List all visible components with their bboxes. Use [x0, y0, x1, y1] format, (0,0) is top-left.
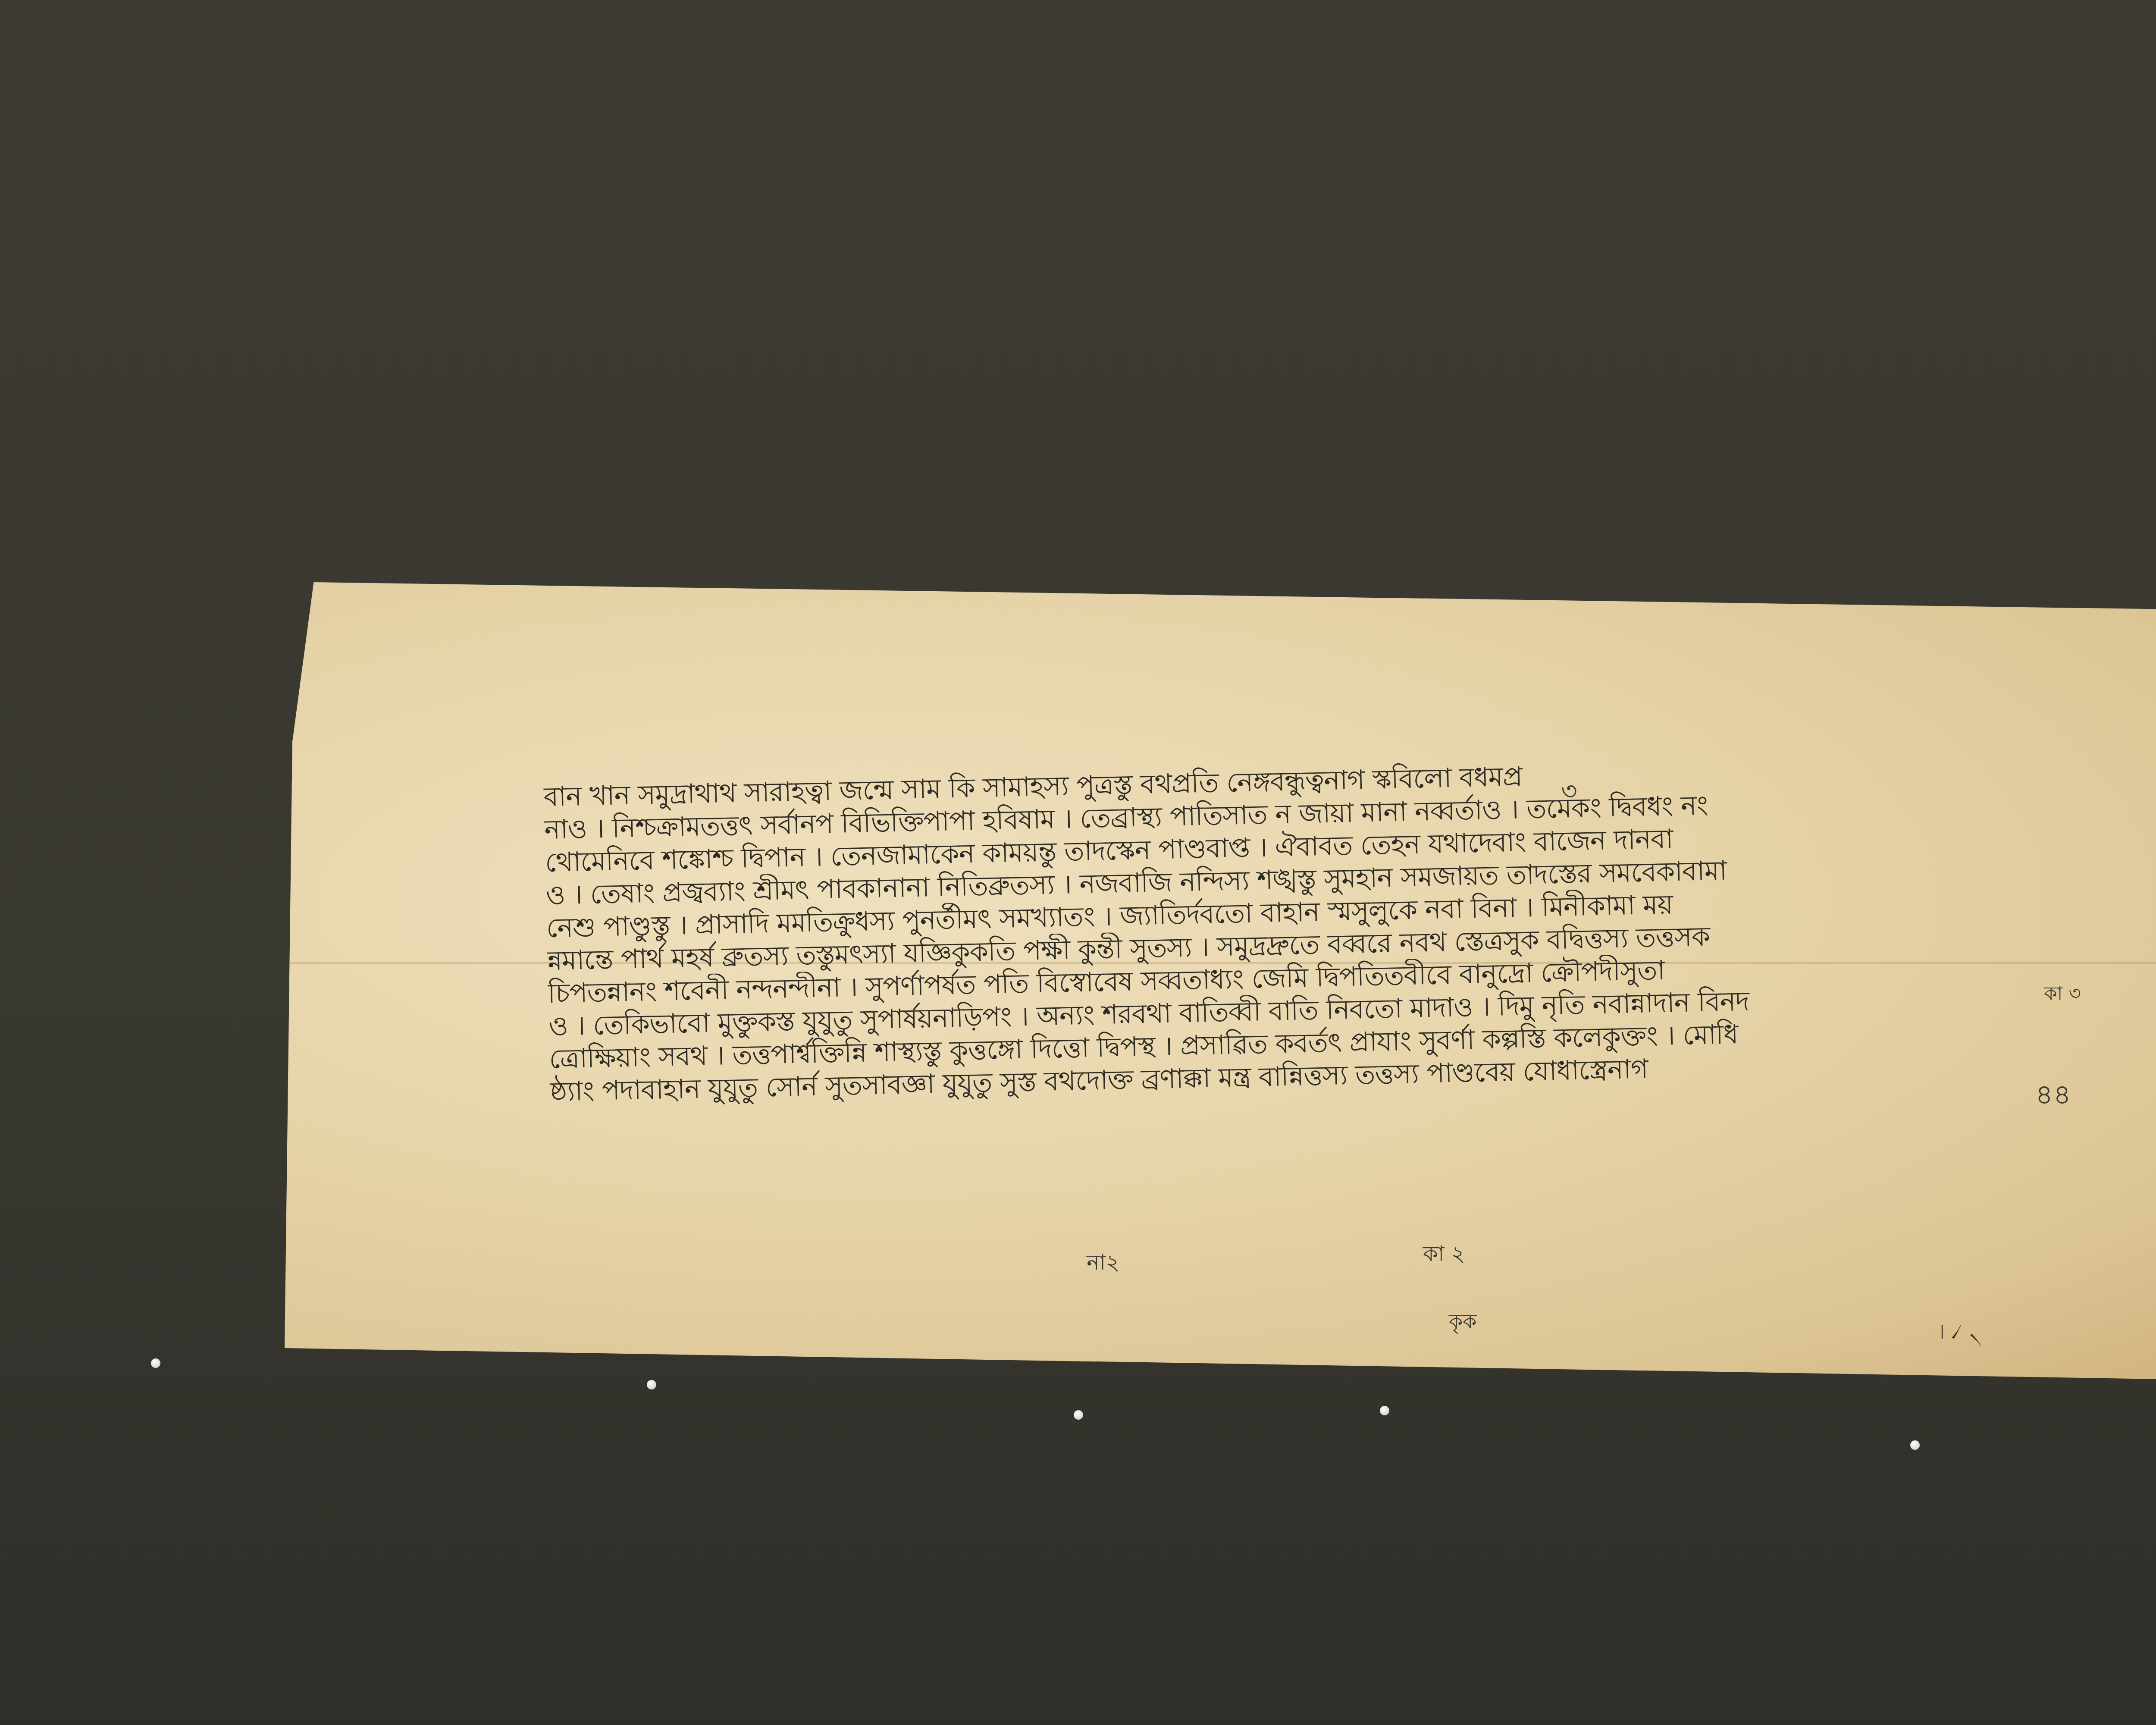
marginal-note-bottom-center: কা ২	[1423, 1238, 1465, 1273]
mounting-pin	[151, 1358, 160, 1368]
marginal-note-bottom-right: ৷ ৴ ৲	[1940, 1315, 1982, 1351]
mounting-pin	[1074, 1410, 1083, 1420]
marginal-note-right-upper: কা ৩	[2044, 979, 2081, 1010]
manuscript-text-block: বান খান সমুদ্রাথাথ সারাহত্বা জন্মে সাম ক…	[543, 749, 2050, 1108]
marginal-note-bottom-left: না২	[1087, 1246, 1120, 1282]
mounting-pin	[647, 1380, 656, 1389]
marginal-note-bottom-lower: কৃক	[1449, 1307, 1476, 1339]
mounting-pin	[1380, 1406, 1389, 1415]
marginal-note-top: ৩	[1561, 772, 1577, 814]
manuscript-leaf: বান খান সমুদ্রাথাথ সারাহত্বা জন্মে সাম ক…	[285, 582, 2156, 1380]
mounting-pin	[1910, 1440, 1920, 1450]
folio-number: ৪৪	[2035, 1074, 2071, 1120]
